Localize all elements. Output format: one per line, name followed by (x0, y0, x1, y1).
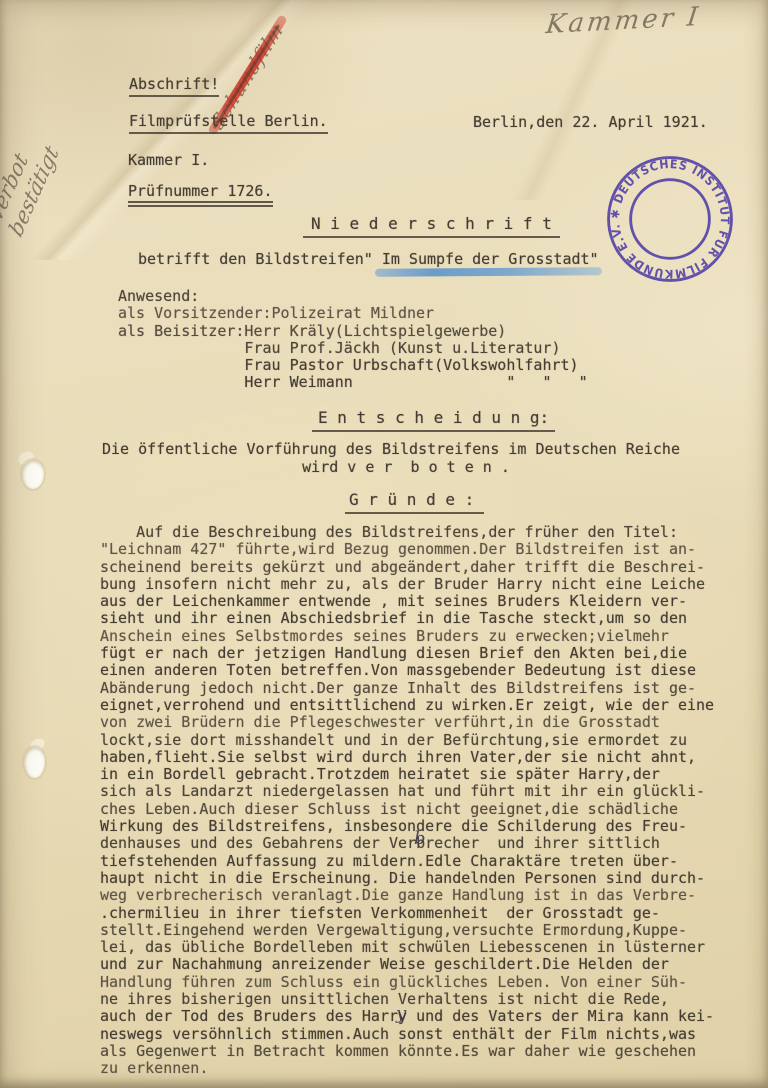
text-line: sich als Landarzt niedergelassen hat und… (100, 783, 714, 800)
pencil-margin-note: Verbot bestätigt (0, 126, 64, 243)
file-number: Prüfnummer 1726. (128, 183, 273, 200)
stamp-ring-text: ✱ DEUTSCHES INSTITUT FÜR FILMKUNDE E.V. (608, 157, 732, 281)
copy-label-text: Abschrift! (129, 75, 219, 97)
attendees-list: Anwesend:als Vorsitzender:Polizeirat Mil… (118, 288, 588, 392)
ink-correction-y: y (396, 1003, 406, 1024)
blue-crayon-underline (375, 267, 602, 277)
text-line: Wirkung des Bildstreifens, insbesondere … (100, 818, 714, 835)
text-line: .chermilieu in ihrer tiefsten Verkommenh… (100, 905, 714, 922)
text-line: lockt,sie dort misshandelt und in der Be… (100, 732, 714, 749)
text-line: auch der Tod des Bruders des Harry und d… (100, 1008, 714, 1025)
text-line: als Beisitzer:Herr Kräly(Lichtspielgewer… (118, 323, 588, 340)
text-line: zu erkennen. (100, 1060, 714, 1077)
text-line: Frau Pastor Urbschaft(Volkswohlfahrt) (118, 357, 588, 374)
film-title: Im Sumpfe der Grosstadt" (382, 251, 599, 268)
record-title-text: N i e d e r s c h r i f t (303, 214, 560, 238)
text-line: Abänderung jedoch nicht.Der ganze Inhalt… (100, 680, 714, 697)
text-line: Herr Weimann " " " (118, 374, 588, 391)
text-line: scheinend bereits gekürzt und abgeändert… (100, 559, 714, 576)
text-line: Handlung führen zum Schluss ein glücklic… (100, 974, 714, 991)
text-line: Frau Prof.Jäckh (Kunst u.Literatur) (118, 340, 588, 357)
text-line: ches Leben.Auch dieser Schluss ist nicht… (100, 801, 714, 818)
pencil-chamber-note: Kammer I (544, 2, 702, 40)
subject-prefix: betrifft den Bildstreifen" (138, 250, 382, 268)
svg-text:✱ DEUTSCHES INSTITUT FÜR FILMK: ✱ DEUTSCHES INSTITUT FÜR FILMKUNDE E.V. (608, 157, 732, 281)
document-page: Kammer I Verbot bestätigt Schundfilm Abs… (0, 0, 768, 1088)
record-title: N i e d e r s c h r i f t (303, 215, 560, 232)
date-line: Berlin,den 22. April 1921. (473, 114, 708, 131)
text-line: weg verbrecherisch veranlagt.Die ganze H… (100, 887, 714, 904)
text-line: einen anderen Toten betreffen.Von massge… (100, 662, 714, 679)
reasons-heading: G r ü n d e : (345, 491, 484, 508)
text-line: stellt.Eingehend werden Vergewaltigung,v… (100, 922, 714, 939)
text-line: haben,flieht.Sie selbst wird durch ihren… (100, 749, 714, 766)
film-title-text: Im Sumpfe der Grosstadt" (382, 250, 599, 268)
text-line: in ein Bordell gebracht.Trotzdem heirate… (100, 766, 714, 783)
text-line: denhauses und des Gebahrens der Verbrech… (100, 835, 714, 852)
text-line: Auf die Beschreibung des Bildstreifens,d… (100, 524, 714, 541)
reasons-heading-text: G r ü n d e : (345, 490, 484, 514)
text-line: eignet,verrohend und entsittlichend zu w… (100, 697, 714, 714)
punch-hole-bottom (24, 747, 45, 778)
text-line: sieht und ihr einen Abschiedsbrief in di… (100, 610, 714, 627)
text-line: als Vorsitzender:Polizeirat Mildner (118, 305, 588, 322)
text-line: Anwesend: (118, 288, 588, 305)
text-line: "Leichnam 427" führte,wird Bezug genomme… (100, 541, 714, 558)
stamp-inner-ring (631, 180, 710, 259)
institute-stamp: ✱ DEUTSCHES INSTITUT FÜR FILMKUNDE E.V. (598, 147, 742, 291)
text-line: von zwei Brüdern die Pflegeschwester ver… (100, 714, 714, 731)
text-line: ne ihres bisherigen unsittlichen Verhalt… (100, 991, 714, 1008)
text-line: lei, das übliche Bordelleben mit schwüle… (100, 939, 714, 956)
text-line: Anschein eines Selbstmordes seines Brude… (100, 628, 714, 645)
copy-label: Abschrift! (129, 76, 219, 93)
file-number-text: Prüfnummer 1726. (128, 182, 273, 207)
punch-hole-top (22, 460, 44, 489)
text-line: tiefstehenden Auffassung zu mildern.Edle… (100, 853, 714, 870)
text-line: und zur Nachahmung anreizender Weise ges… (100, 956, 714, 973)
text-line: neswegs versöhnlich stimmen.Auch sonst e… (100, 1026, 714, 1043)
chamber-label: Kammer I. (128, 152, 209, 169)
decision-line1: Die öffentliche Vorführung des Bildstrei… (102, 441, 680, 458)
ink-correction-b: b (414, 828, 426, 849)
text-line: aus der Leichenkammer entwende , mit sei… (100, 593, 714, 610)
issuing-office-text: Filmprüfstelle Berlin. (129, 112, 328, 134)
decision-heading: E n t s c h e i d u n g: (312, 409, 555, 426)
text-line: fügt er nach der jetzigen Handlung diese… (100, 645, 714, 662)
text-line: haupt nicht in die Erscheinung. Die hand… (100, 870, 714, 887)
decision-heading-text: E n t s c h e i d u n g: (312, 408, 555, 432)
text-line: als Gegenwert in Betracht kommen könnte.… (100, 1043, 714, 1060)
reasons-body: Auf die Beschreibung des Bildstreifens,d… (100, 524, 714, 1078)
decision-line2: wird v e r b o t e n . (100, 459, 712, 476)
subject-line: betrifft den Bildstreifen" Im Sumpfe der… (138, 251, 599, 268)
text-line: bung insofern nicht mehr zu, als der Bru… (100, 576, 714, 593)
issuing-office: Filmprüfstelle Berlin. (129, 113, 328, 130)
